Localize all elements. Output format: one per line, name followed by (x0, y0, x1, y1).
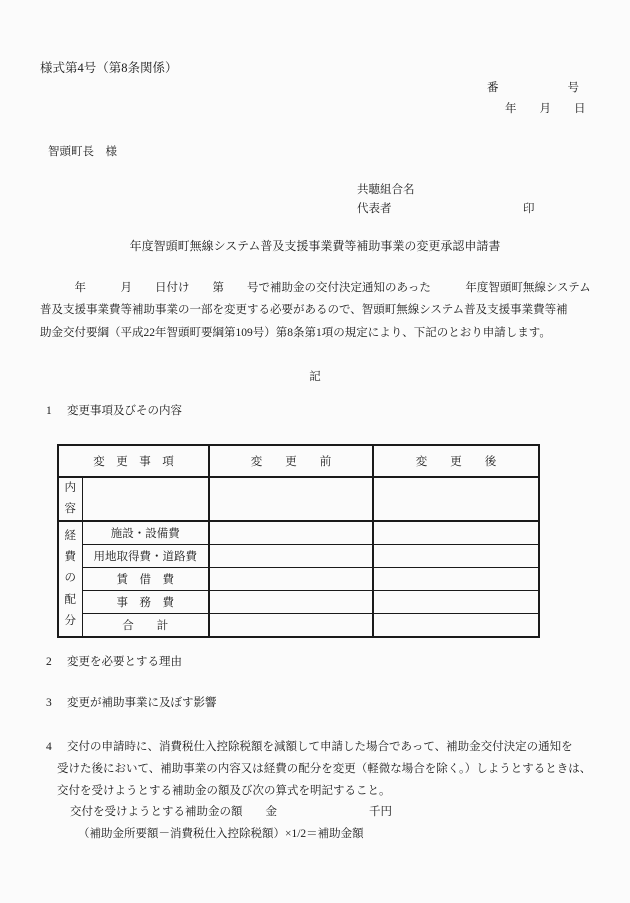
expense-after-cell (373, 614, 539, 638)
expense-row-label: 用地取得費・道路費 (82, 545, 209, 568)
expense-before-cell (209, 545, 373, 568)
form-number: 様式第4号（第8条関係） (40, 61, 178, 76)
content-after-cell (373, 477, 539, 521)
section-1-label: 変更事項及びその内容 (67, 405, 182, 417)
body-paragraph-line-3: 助金交付要綱（平成22年智頭町要綱第109号）第8条第1項の規定により、下記のと… (40, 326, 551, 341)
expense-after-cell (373, 521, 539, 545)
table-header-row: 変 更 事 項 変 更 前 変 更 後 (58, 445, 539, 477)
section-3-number: 3 (46, 696, 67, 711)
document-page: 様式第4号（第8条関係） 番 号 年 月 日 智頭町長 様 共聴組合名 代表者 … (0, 0, 630, 903)
section-3-heading: 3変更が補助事業に及ぼす影響 (46, 696, 217, 711)
document-title: 年度智頭町無線システム普及支援事業費等補助事業の変更承認申請書 (0, 239, 630, 254)
section-2-label: 変更を必要とする理由 (67, 656, 182, 668)
section-4-text-1: 交付の申請時に、消費税仕入控除税額を減額して申請した場合であって、補助金交付決定… (67, 741, 573, 753)
expense-row: 事 務 費 (58, 591, 539, 614)
content-row: 内 容 (58, 477, 539, 521)
expense-before-cell (209, 521, 373, 545)
row-label-expense-allocation: 経 費 の 配 分 (58, 521, 82, 637)
body-paragraph-line-1: 年 月 日付け 第 号で補助金の交付決定通知のあった 年度智頭町無線システム (40, 281, 591, 296)
section-1-number: 1 (46, 404, 67, 419)
body-paragraph-line-2: 普及支援事業費等補助事業の一部を変更する必要があるので、智頭町無線システム普及支… (40, 303, 568, 318)
formula-line: （補助金所要額－消費税仕入控除税額）×1/2＝補助金額 (78, 827, 364, 842)
expense-after-cell (373, 591, 539, 614)
expense-after-cell (373, 545, 539, 568)
expense-row: 用地取得費・道路費 (58, 545, 539, 568)
section-4-line-2: 受けた後において、補助事業の内容又は経費の配分を変更（軽微な場合を除く。）しよう… (57, 762, 591, 777)
expense-row-label: 施設・設備費 (82, 521, 209, 545)
section-2-number: 2 (46, 655, 67, 670)
row-label-content: 内 容 (58, 477, 82, 521)
applicant-group-name-label: 共聴組合名 (357, 183, 415, 198)
doc-number-line: 番 号 (487, 81, 579, 96)
representative-label: 代表者 (357, 202, 392, 217)
section-4-number: 4 (46, 740, 67, 755)
expense-row: 合 計 (58, 614, 539, 638)
content-item-cell (82, 477, 209, 521)
expense-after-cell (373, 568, 539, 591)
section-4-line-1: 4交付の申請時に、消費税仕入控除税額を減額して申請した場合であって、補助金交付決… (46, 740, 573, 755)
expense-row: 経 費 の 配 分 施設・設備費 (58, 521, 539, 545)
addressee: 智頭町長 様 (48, 145, 117, 160)
expense-row-label: 合 計 (82, 614, 209, 638)
seal-mark: 印 (523, 202, 535, 217)
header-change-item: 変 更 事 項 (58, 445, 209, 477)
section-3-label: 変更が補助事業に及ぼす影響 (67, 697, 217, 709)
expense-before-cell (209, 614, 373, 638)
expense-before-cell (209, 591, 373, 614)
expense-row: 賃 借 費 (58, 568, 539, 591)
date-line: 年 月 日 (505, 102, 586, 117)
section-1-heading: 1変更事項及びその内容 (46, 404, 182, 419)
section-4-line-3: 交付を受けようとする補助金の額及び次の算式を明記すること。 (57, 784, 391, 799)
change-table: 変 更 事 項 変 更 前 変 更 後 内 容 経 (57, 444, 540, 638)
content-before-cell (209, 477, 373, 521)
header-after: 変 更 後 (373, 445, 539, 477)
subsidy-amount-line: 交付を受けようとする補助金の額 金 千円 (70, 805, 392, 820)
expense-row-label: 事 務 費 (82, 591, 209, 614)
record-marker: 記 (0, 370, 630, 385)
header-before: 変 更 前 (209, 445, 373, 477)
section-2-heading: 2変更を必要とする理由 (46, 655, 182, 670)
expense-row-label: 賃 借 費 (82, 568, 209, 591)
expense-before-cell (209, 568, 373, 591)
